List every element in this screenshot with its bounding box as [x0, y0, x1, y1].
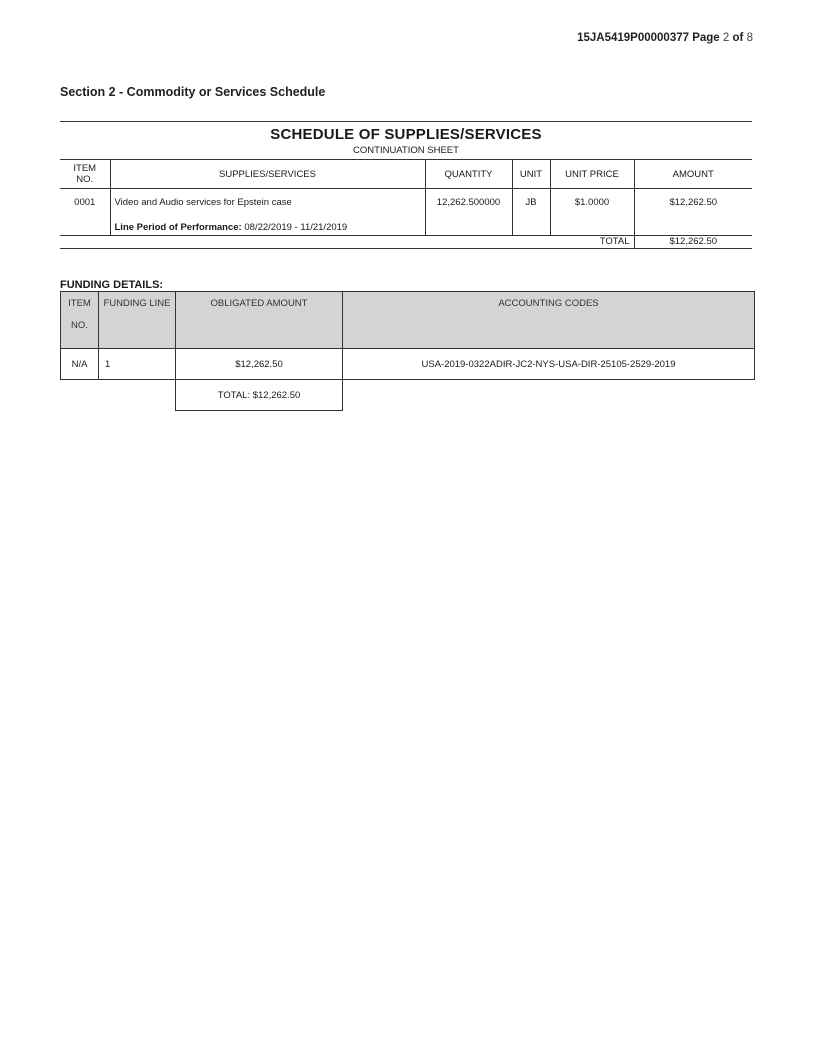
page-label: Page — [692, 32, 720, 44]
table-row: N/A 1 $12,262.50 USA-2019-0322ADIR-JC2-N… — [61, 349, 755, 380]
obligated-amount: $12,262.50 — [176, 349, 343, 380]
total-row: TOTAL $12,262.50 — [60, 236, 752, 249]
funding-line: 1 — [99, 349, 176, 380]
page-total: 8 — [747, 32, 753, 44]
spacer — [99, 380, 176, 411]
col-item-no-label: ITEMNO. — [68, 298, 91, 331]
item-description-cell: Video and Audio services for Epstein cas… — [110, 189, 425, 236]
col-accounting-codes: ACCOUNTING CODES — [343, 292, 755, 349]
col-obligated-amount: OBLIGATED AMOUNT — [176, 292, 343, 349]
schedule-of-supplies: SCHEDULE OF SUPPLIES/SERVICES CONTINUATI… — [60, 121, 752, 249]
page-header: 15JA5419P00000377 Page 2 of 8 — [577, 32, 753, 44]
divider — [60, 121, 752, 122]
funding-total: TOTAL: $12,262.50 — [176, 380, 343, 411]
col-item-no: ITEMNO. — [61, 292, 99, 349]
funding-item-no: N/A — [61, 349, 99, 380]
item-unit-price: $1.0000 — [550, 189, 634, 236]
section-title: Section 2 - Commodity or Services Schedu… — [60, 85, 325, 99]
funding-title: FUNDING DETAILS: — [60, 279, 163, 291]
item-description: Video and Audio services for Epstein cas… — [115, 197, 292, 208]
item-unit: JB — [512, 189, 550, 236]
schedule-subtitle: CONTINUATION SHEET — [60, 145, 752, 156]
spacer — [61, 380, 99, 411]
of-label: of — [733, 32, 744, 44]
accounting-codes: USA-2019-0322ADIR-JC2-NYS-USA-DIR-25105-… — [343, 349, 755, 380]
period-of-performance: Line Period of Performance: 08/22/2019 -… — [115, 222, 421, 233]
col-unit-price: UNIT PRICE — [550, 160, 634, 189]
funding-header-row: ITEMNO. FUNDING LINE OBLIGATED AMOUNT AC… — [61, 292, 755, 349]
item-no: 0001 — [60, 189, 110, 236]
funding-total-row: TOTAL: $12,262.50 — [61, 380, 755, 411]
item-quantity: 12,262.500000 — [425, 189, 512, 236]
document-id: 15JA5419P00000377 — [577, 32, 689, 44]
schedule-title: SCHEDULE OF SUPPLIES/SERVICES — [60, 126, 752, 143]
col-unit: UNIT — [512, 160, 550, 189]
table-row: 0001 Video and Audio services for Epstei… — [60, 189, 752, 236]
col-amount: AMOUNT — [634, 160, 752, 189]
col-quantity: QUANTITY — [425, 160, 512, 189]
total-value: $12,262.50 — [634, 236, 752, 249]
page-number: 2 — [723, 32, 729, 44]
col-item-no: ITEM NO. — [60, 160, 110, 189]
perf-value: 08/22/2019 - 11/21/2019 — [244, 222, 347, 233]
col-funding-line: FUNDING LINE — [99, 292, 176, 349]
col-supplies-services: SUPPLIES/SERVICES — [110, 160, 425, 189]
total-label: TOTAL — [60, 236, 634, 249]
item-amount: $12,262.50 — [634, 189, 752, 236]
schedule-header-row: ITEM NO. SUPPLIES/SERVICES QUANTITY UNIT… — [60, 160, 752, 189]
spacer — [343, 380, 755, 411]
perf-label: Line Period of Performance: — [115, 222, 242, 233]
funding-table: ITEMNO. FUNDING LINE OBLIGATED AMOUNT AC… — [60, 291, 755, 411]
schedule-table: ITEM NO. SUPPLIES/SERVICES QUANTITY UNIT… — [60, 159, 752, 249]
